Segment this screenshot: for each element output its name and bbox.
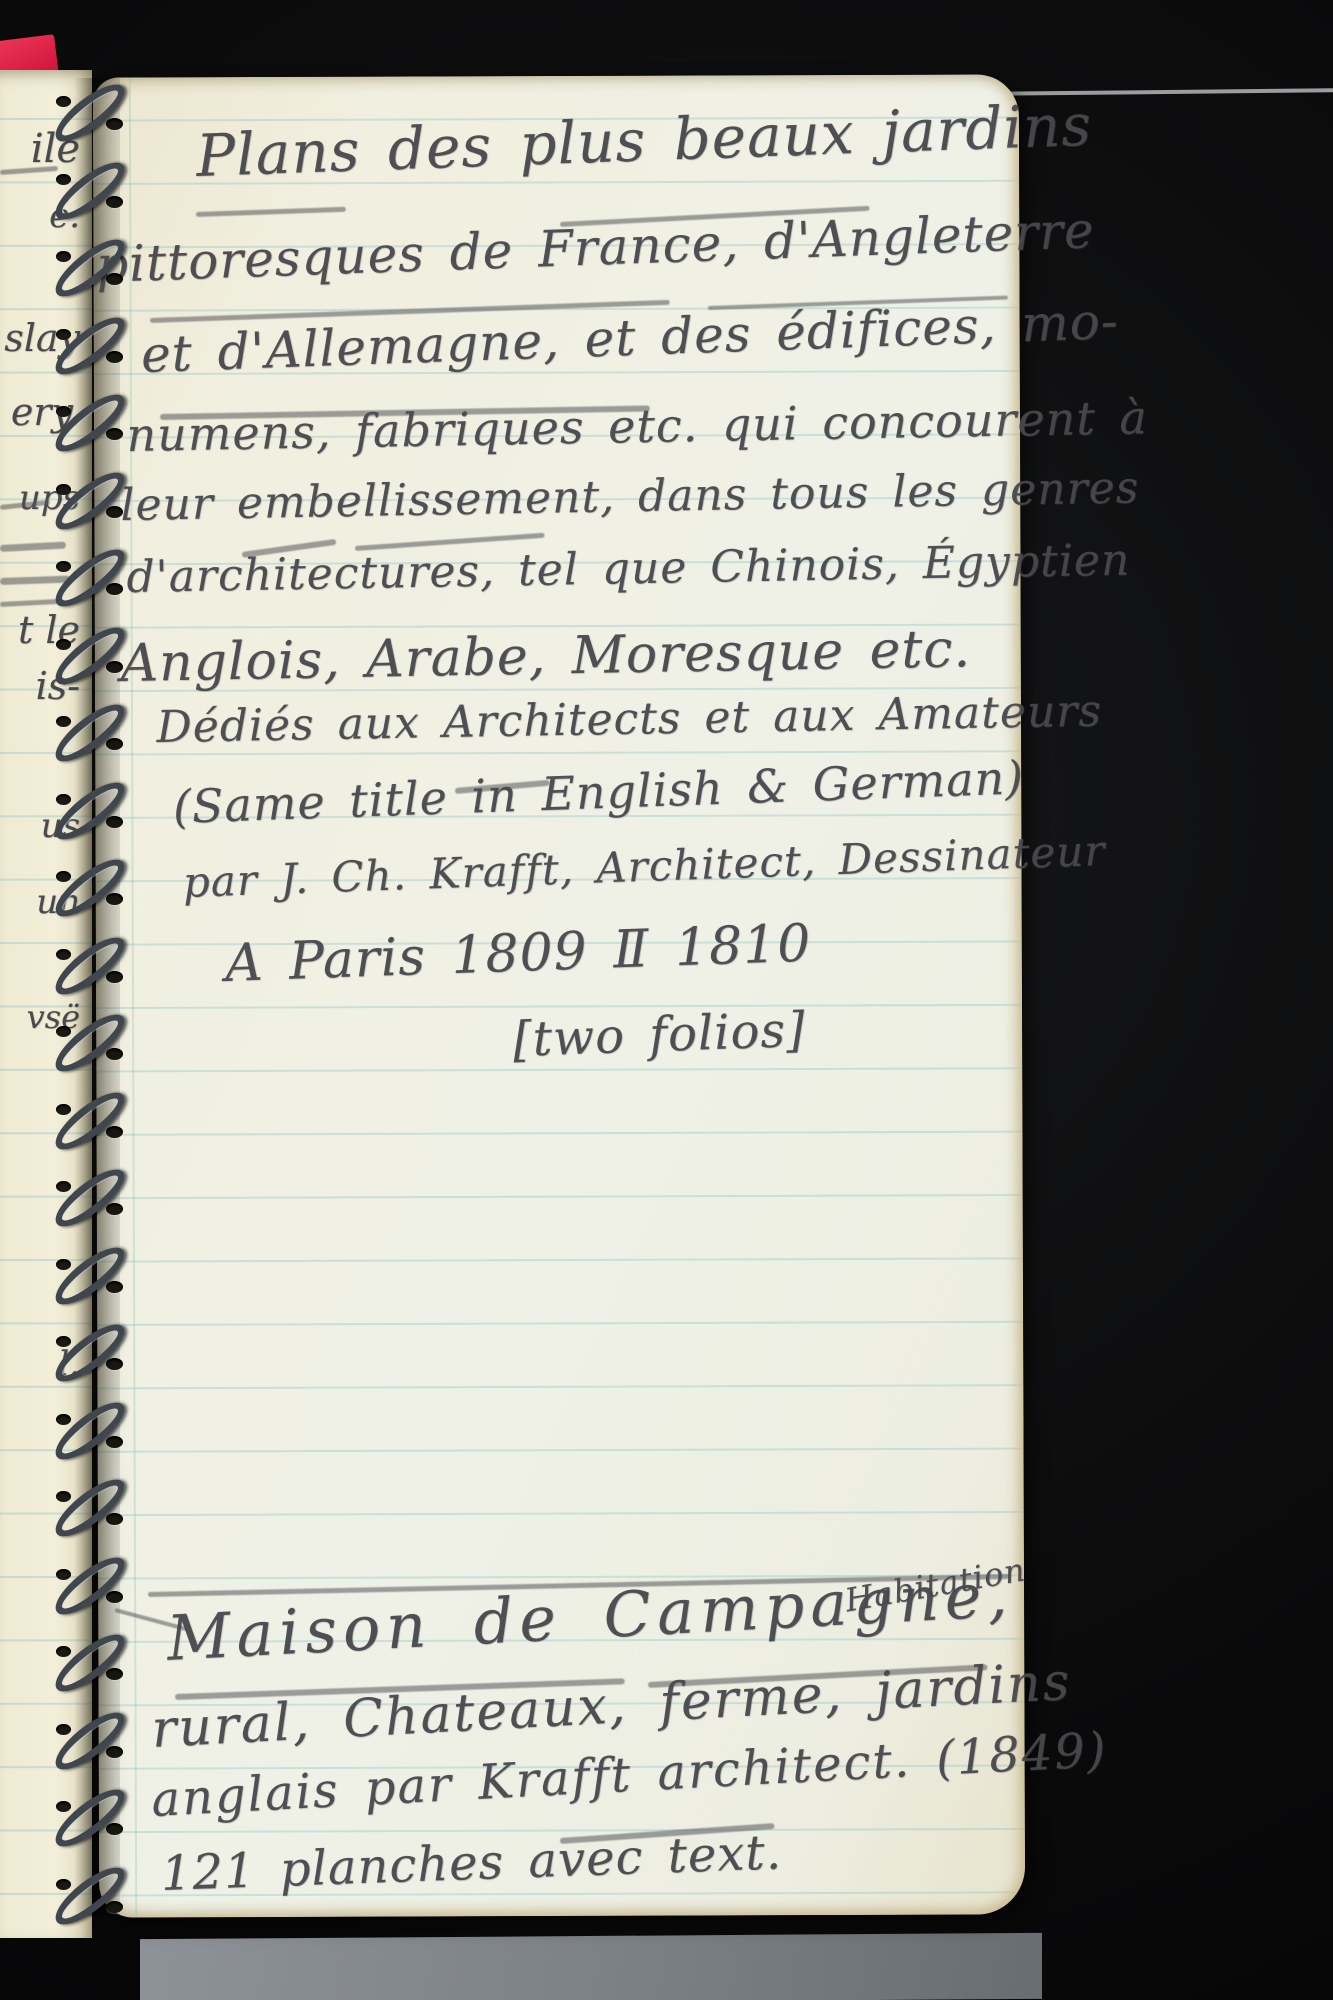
punch-hole: [106, 1281, 123, 1293]
coil-loop: [48, 153, 133, 228]
punch-hole: [56, 1336, 71, 1347]
punch-hole: [106, 1126, 123, 1138]
punch-hole: [56, 949, 71, 960]
punch-hole: [56, 794, 71, 805]
punch-hole: [56, 1646, 71, 1657]
punch-hole: [56, 1801, 71, 1812]
punch-hole: [106, 1668, 123, 1680]
coil-loop: [48, 850, 133, 925]
punch-hole: [106, 816, 123, 828]
punch-hole: [106, 351, 123, 363]
punch-hole: [56, 561, 71, 572]
coil-loop: [48, 1315, 133, 1390]
coil-loop: [48, 1548, 133, 1623]
coil-loop: [48, 463, 133, 538]
punch-hole: [56, 639, 71, 650]
punch-hole: [106, 1358, 123, 1370]
punch-hole: [106, 196, 123, 208]
punch-hole: [106, 738, 123, 750]
coil-loop: [48, 1160, 133, 1235]
coil-loop: [48, 385, 133, 460]
punch-hole: [56, 251, 71, 262]
punch-hole: [56, 1026, 71, 1037]
coil-loop: [48, 773, 133, 848]
coil-loop: [48, 1858, 133, 1933]
punch-hole: [106, 661, 123, 673]
coil-loop: [48, 540, 133, 615]
punch-hole: [106, 273, 123, 285]
punch-hole: [56, 716, 71, 727]
coil-loop: [48, 230, 133, 305]
notebook-photo: ileé.slayery.upst leis-usunvsël. Plans d…: [0, 0, 1333, 2000]
punch-hole: [56, 174, 71, 185]
punch-hole: [106, 118, 123, 130]
punch-hole: [106, 1823, 123, 1835]
coil-loop: [48, 1625, 133, 1700]
coil-loop: [48, 1470, 133, 1545]
punch-hole: [106, 893, 123, 905]
punch-hole: [106, 971, 123, 983]
punch-hole: [56, 484, 71, 495]
punch-hole: [56, 871, 71, 882]
punch-hole: [56, 1414, 71, 1425]
punch-hole: [106, 428, 123, 440]
punch-hole: [56, 1181, 71, 1192]
punch-hole: [106, 1746, 123, 1758]
coil-loop: [48, 308, 133, 383]
coil-loop: [48, 1083, 133, 1158]
punch-hole: [56, 96, 71, 107]
punch-hole: [106, 1203, 123, 1215]
punch-hole: [56, 329, 71, 340]
punch-hole: [106, 1048, 123, 1060]
coil-loop: [48, 928, 133, 1003]
punch-hole: [56, 1724, 71, 1735]
coil-loop: [48, 695, 133, 770]
punch-hole: [56, 1104, 71, 1115]
punch-hole: [56, 1491, 71, 1502]
punch-hole: [106, 583, 123, 595]
punch-hole: [106, 1436, 123, 1448]
punch-hole: [106, 1513, 123, 1525]
punch-hole: [56, 1879, 71, 1890]
punch-hole: [56, 406, 71, 417]
coil-loop: [48, 75, 133, 150]
coil-loop: [48, 618, 133, 693]
coil-loop: [48, 1703, 133, 1778]
punch-hole: [106, 1591, 123, 1603]
punch-hole: [56, 1259, 71, 1270]
punch-hole: [106, 1901, 123, 1913]
coil-loop: [48, 1393, 133, 1468]
coil-loop: [48, 1238, 133, 1313]
coil-loop: [48, 1780, 133, 1855]
coil-loop: [48, 1005, 133, 1080]
spiral-binding: [0, 0, 1333, 2000]
punch-hole: [106, 506, 123, 518]
punch-hole: [56, 1569, 71, 1580]
